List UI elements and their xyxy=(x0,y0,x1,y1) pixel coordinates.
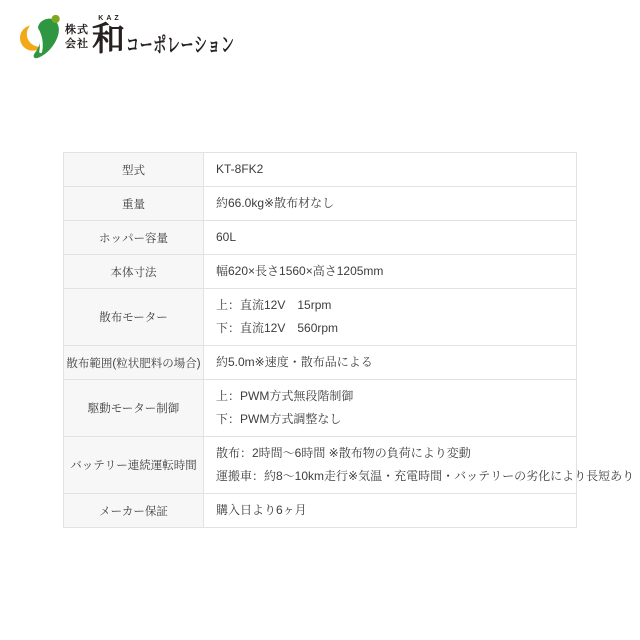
company-prefix-line1: 株式 xyxy=(65,24,89,38)
spec-label: 駆動モーター制御 xyxy=(64,380,204,437)
spec-label: 散布範囲(粒状肥料の場合) xyxy=(64,346,204,380)
spec-value-line: 運搬車：約8〜10km走行※気温・充電時間・バッテリーの劣化により長短あり xyxy=(216,465,564,488)
spec-value-line: 約66.0kg※散布材なし xyxy=(216,192,564,215)
page: { "page": { "background": "#ffffff" }, "… xyxy=(0,0,640,640)
spec-value: 散布：2時間〜6時間 ※散布物の負荷により変動運搬車：約8〜10km走行※気温・… xyxy=(204,437,577,494)
spec-value-line: 下：直流12V 560rpm xyxy=(216,317,564,340)
table-row: メーカー保証購入日より6ヶ月 xyxy=(64,494,577,528)
table-row: 散布モーター上：直流12V 15rpm下：直流12V 560rpm xyxy=(64,289,577,346)
spec-value: 上：直流12V 15rpm下：直流12V 560rpm xyxy=(204,289,577,346)
spec-label: ホッパー容量 xyxy=(64,221,204,255)
spec-value-line: KT-8FK2 xyxy=(216,158,564,181)
company-wa-character: 和 xyxy=(92,22,125,55)
table-row: ホッパー容量60L xyxy=(64,221,577,255)
table-row: 重量約66.0kg※散布材なし xyxy=(64,187,577,221)
logo-green-dot xyxy=(52,15,60,23)
spec-value-line: 幅620×長さ1560×高さ1205mm xyxy=(216,260,564,283)
spec-value-line: 下：PWM方式調整なし xyxy=(216,408,564,431)
company-logo-icon xyxy=(19,12,62,62)
spec-value: 60L xyxy=(204,221,577,255)
spec-value: 幅620×長さ1560×高さ1205mm xyxy=(204,255,577,289)
spec-label: 型式 xyxy=(64,153,204,187)
table-row: 散布範囲(粒状肥料の場合)約5.0m※速度・散布品による xyxy=(64,346,577,380)
spec-value: 約66.0kg※散布材なし xyxy=(204,187,577,221)
table-row: 駆動モーター制御上：PWM方式無段階制御下：PWM方式調整なし xyxy=(64,380,577,437)
spec-table-body: 型式KT-8FK2重量約66.0kg※散布材なしホッパー容量60L本体寸法幅62… xyxy=(64,153,577,528)
spec-label: 本体寸法 xyxy=(64,255,204,289)
spec-label: 重量 xyxy=(64,187,204,221)
spec-value: 購入日より6ヶ月 xyxy=(204,494,577,528)
spec-value-line: 上：直流12V 15rpm xyxy=(216,294,564,317)
spec-value: 上：PWM方式無段階制御下：PWM方式調整なし xyxy=(204,380,577,437)
spec-table: 型式KT-8FK2重量約66.0kg※散布材なしホッパー容量60L本体寸法幅62… xyxy=(63,152,577,528)
table-row: バッテリー連続運転時間散布：2時間〜6時間 ※散布物の負荷により変動運搬車：約8… xyxy=(64,437,577,494)
spec-value-line: 購入日より6ヶ月 xyxy=(216,499,564,522)
spec-label: メーカー保証 xyxy=(64,494,204,528)
table-row: 本体寸法幅620×長さ1560×高さ1205mm xyxy=(64,255,577,289)
company-prefix-line2: 会社 xyxy=(65,38,89,52)
company-logo: 株式 会社 KAZ 和 コーポレーション xyxy=(19,12,301,62)
spec-value-line: 上：PWM方式無段階制御 xyxy=(216,385,564,408)
company-corporation-label: コーポレーション xyxy=(126,29,235,59)
spec-value-line: 60L xyxy=(216,226,564,249)
company-prefix: 株式 会社 xyxy=(65,24,89,52)
spec-value: 約5.0m※速度・散布品による xyxy=(204,346,577,380)
spec-value: KT-8FK2 xyxy=(204,153,577,187)
spec-value-line: 約5.0m※速度・散布品による xyxy=(216,351,564,374)
spec-label: バッテリー連続運転時間 xyxy=(64,437,204,494)
spec-value-line: 散布：2時間〜6時間 ※散布物の負荷により変動 xyxy=(216,442,564,465)
company-wa-block: KAZ 和 xyxy=(92,15,125,55)
table-row: 型式KT-8FK2 xyxy=(64,153,577,187)
spec-label: 散布モーター xyxy=(64,289,204,346)
